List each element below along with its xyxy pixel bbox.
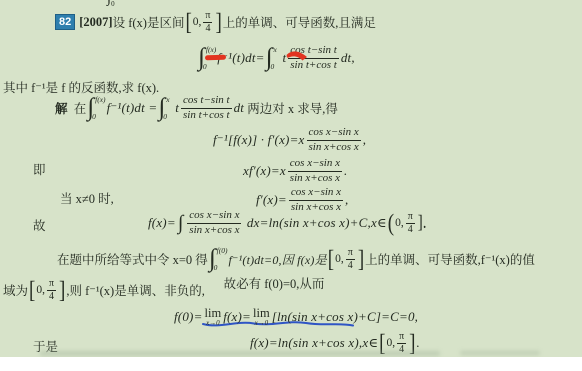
trig-fraction-t: cos t−sin t sin t+cos t	[181, 94, 232, 123]
trig-fraction-x: cos x−sin x sin x+cos x	[288, 157, 342, 186]
interval-zero: 0,	[335, 253, 344, 265]
para-mid: ,则 f⁻¹(x)是单调、非负的,	[66, 281, 204, 299]
solve-pre: 在	[74, 99, 87, 117]
range-paragraph: 域为 [ 0, π 4 ] ,则 f⁻¹(x)是单调、非负的, 故必有 f(0)…	[3, 276, 324, 304]
fraction-denominator: sin x+cos x	[189, 224, 239, 238]
interval-zero: 0,	[395, 217, 404, 229]
close-bracket: ]	[215, 10, 221, 34]
derived-equation-1: f⁻¹[f(x)] · f′(x)=x cos x−sin x sin x+co…	[213, 124, 366, 156]
integrand-t: t	[175, 100, 179, 116]
open-bracket: [	[185, 10, 191, 34]
fraction-numerator: cos x−sin x	[288, 157, 342, 172]
limit-equation: f(0)= lim x→0 f(x)= lim x→0 [ln(sin x+co…	[174, 304, 418, 330]
solve-post: 两边对 x 求导,得	[244, 99, 338, 117]
problem-number-badge: 82	[55, 14, 75, 30]
equation-left: f(x)=	[148, 215, 176, 231]
integral-x: ∫ x 0	[266, 46, 282, 71]
ji-label: 即	[33, 160, 46, 178]
para-pre: 域为	[3, 281, 28, 299]
intro-text-post: 上的单调、可导函数,且满足	[223, 13, 376, 31]
fraction-denominator: sin x+cos x	[309, 141, 359, 155]
integral-lower-limit: 0	[203, 63, 216, 71]
fraction-numerator: cos x−sin x	[289, 186, 343, 201]
integral-upper-limit: x	[166, 96, 174, 104]
differential-dt: dt,	[341, 50, 355, 66]
open-paren: (	[388, 211, 394, 235]
fraction-numerator: π	[47, 278, 56, 291]
fraction-denominator: 4	[49, 291, 54, 303]
fraction-denominator: 4	[205, 23, 210, 35]
open-bracket: [	[328, 247, 334, 271]
integral-lower-limit: 0	[270, 63, 281, 71]
solution-first-line: 解 在 ∫ f(x) 0 f⁻¹(t)dt = ∫ x 0 t cos t−si…	[55, 92, 338, 124]
scanned-textbook-page: ∫0 82 [2007] 设 f(x)是区间 [ 0, π 4 ] 上的单调、可…	[0, 0, 582, 371]
red-pen-mark-swoosh	[286, 49, 308, 63]
open-bracket: [	[29, 278, 35, 302]
integral-upper-limit: f(x)	[95, 96, 105, 104]
fraction-numerator: π	[203, 10, 212, 23]
fraction-numerator: cos t−sin t	[181, 94, 232, 109]
scan-bottom-margin	[0, 357, 582, 371]
equation-left: f(x)=ln(sin x+cos x),x∈	[250, 335, 378, 351]
lim-word: lim	[205, 307, 222, 320]
gu-label: 故	[33, 216, 46, 234]
red-pen-mark-bar	[205, 55, 226, 61]
cropped-next-line-ghost	[40, 351, 440, 356]
integral-upper-limit: f(0)	[217, 247, 228, 255]
intro-text-pre: 设 f(x)是区间	[113, 13, 185, 31]
problem-header-line: 82 [2007] 设 f(x)是区间 [ 0, π 4 ] 上的单调、可导函数…	[55, 11, 376, 33]
problem-year: [2007]	[79, 15, 112, 30]
pi-over-4-fraction: π 4	[203, 10, 212, 34]
pi-over-4-fraction: π 4	[406, 211, 415, 235]
fraction-numerator: π	[397, 331, 406, 344]
integral-sign: ∫	[178, 213, 183, 233]
para-pre: 在题中所给等式中令 x=0 得	[57, 250, 208, 268]
limit-operator: lim x→0	[253, 307, 270, 328]
derived-equation-2: xf′(x)=x cos x−sin x sin x+cos x .	[243, 155, 347, 187]
lim-subscript: x→0	[255, 320, 269, 327]
antiderivative-equation: f(x)= ∫ cos x−sin x sin x+cos x dx=ln(si…	[148, 206, 428, 240]
integral-fx: ∫ f(x) 0	[87, 96, 105, 121]
equation-tail: .	[344, 163, 347, 179]
equation-mid: dx=ln(sin x+cos x)+C,x∈	[243, 215, 386, 231]
integral-lower-limit: 0	[92, 113, 105, 121]
when-label: 当 x≠0 时,	[60, 189, 114, 207]
lim-subscript: x→0	[206, 320, 220, 327]
fraction-denominator: 4	[348, 260, 353, 272]
integrand-finv: f⁻¹(t)dt =	[107, 100, 158, 116]
solve-label: 解	[55, 99, 68, 117]
trig-fraction-x: cos x−sin x sin x+cos x	[187, 209, 241, 238]
connector-word: 故	[33, 216, 46, 234]
close-bracket: ].	[418, 214, 427, 233]
limit-operator: lim x→0	[205, 307, 222, 328]
fraction-numerator: cos x−sin x	[307, 126, 361, 141]
underlined-text: 故必有 f(0)=0,从而	[224, 277, 325, 291]
connector-word: 即	[33, 160, 46, 178]
equation-left: f⁻¹[f(x)] · f′(x)=x	[213, 132, 305, 148]
interval-zero: 0,	[386, 337, 395, 349]
interval-zero: 0,	[36, 284, 45, 296]
pi-over-4-fraction: π 4	[47, 278, 56, 302]
fraction-denominator: sin t+cos t	[183, 109, 230, 123]
fraction-numerator: π	[406, 211, 415, 224]
fraction-numerator: cos x−sin x	[187, 209, 241, 224]
equation-pre: f(0)=	[174, 309, 203, 325]
close-bracket: ]	[358, 247, 364, 271]
fraction-denominator: 4	[408, 224, 413, 236]
integral-x: ∫ x 0	[158, 96, 174, 121]
integral-upper-limit: f(x)	[206, 46, 216, 54]
lim-word: lim	[253, 307, 270, 320]
equation-post: [ln(sin x+cos x)+C]=C=0,	[272, 309, 418, 325]
equation-left: xf′(x)=x	[243, 163, 286, 179]
top-cropped-integral-remnant: ∫0	[107, 0, 115, 8]
differential-dt: dt	[234, 100, 245, 116]
fraction-numerator: π	[346, 247, 355, 260]
integral-lower-limit: 0	[111, 0, 115, 8]
equation-mid: f(x)=	[223, 309, 251, 325]
equation-tail: ,	[363, 132, 366, 148]
condition-text: 当 x≠0 时,	[60, 189, 114, 207]
integral-lower-limit: 0	[163, 113, 174, 121]
interval-zero: 0,	[193, 16, 202, 28]
integral-upper-limit: x	[273, 46, 281, 54]
equation-tail: .	[416, 335, 419, 351]
cropped-next-line-ghost	[460, 351, 540, 355]
para-post: 上的单调、可导函数,f⁻¹(x)的值	[365, 250, 535, 268]
close-bracket: ]	[59, 278, 65, 302]
trig-fraction-x: cos x−sin x sin x+cos x	[307, 126, 361, 155]
pi-over-4-fraction: π 4	[346, 247, 355, 271]
